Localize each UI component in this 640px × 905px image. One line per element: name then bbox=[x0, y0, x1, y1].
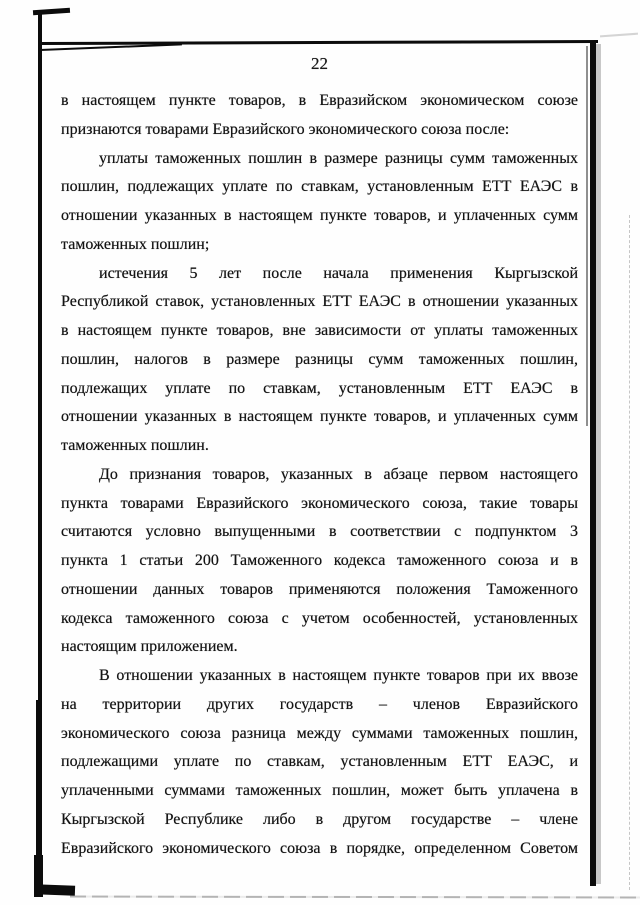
text-line: В отношении указанных в настоящем пункте… bbox=[61, 662, 578, 691]
text-line: уплаты таможенных пошлин в размере разни… bbox=[61, 145, 578, 174]
scan-frame-bottom-left-stub bbox=[35, 884, 75, 895]
text-line: экономического союза разница между сумма… bbox=[61, 720, 578, 749]
text-line: пошлин, налогов в размере разницы сумм т… bbox=[61, 346, 578, 375]
text-line: отношении данных товаров применяются пол… bbox=[61, 576, 578, 605]
text-line: истечения 5 лет после начала применения … bbox=[61, 260, 578, 289]
text-line: признаются товарами Евразийского экономи… bbox=[61, 116, 578, 145]
text-line: в настоящем пункте товаров, в Евразийско… bbox=[61, 87, 578, 116]
page-number: 22 bbox=[61, 54, 578, 74]
text-line: пункта 1 статьи 200 Таможенного кодекса … bbox=[61, 547, 578, 576]
text-line: пункта товарами Евразийского экономическ… bbox=[61, 490, 578, 519]
text-line: таможенных пошлин. bbox=[61, 432, 578, 461]
text-line: Кыргызской Республике либо в другом госу… bbox=[61, 806, 578, 835]
document-body: в настоящем пункте товаров, в Евразийско… bbox=[61, 87, 578, 863]
text-line: кодекса таможенного союза с учетом особе… bbox=[61, 605, 578, 634]
text-line: отношении указанных в настоящем пункте т… bbox=[61, 202, 578, 231]
text-line: отношении указанных в настоящем пункте т… bbox=[61, 403, 578, 432]
scan-frame-right-shadow bbox=[596, 44, 601, 884]
scan-frame-bottom-border bbox=[70, 896, 640, 899]
scan-frame-right-inner-line bbox=[586, 46, 588, 426]
text-line: подлежащими уплате по ставкам, установле… bbox=[61, 748, 578, 777]
text-line: настоящим приложением. bbox=[61, 633, 578, 662]
scan-frame-top-border bbox=[40, 40, 598, 45]
scan-artifact-top-right bbox=[600, 33, 638, 38]
text-line: в настоящем пункте товаров, вне зависимо… bbox=[61, 317, 578, 346]
text-line: подлежащих уплате по ставкам, установлен… bbox=[61, 375, 578, 404]
text-line: на территории других государств – членов… bbox=[61, 691, 578, 720]
text-line: Республикой ставок, установленных ЕТТ ЕА… bbox=[61, 288, 578, 317]
scanned-page: 22 в настоящем пункте товаров, в Евразий… bbox=[0, 0, 640, 905]
text-line: пошлин, подлежащих уплате по ставкам, ус… bbox=[61, 173, 578, 202]
scan-artifact-right-dashes bbox=[629, 215, 630, 890]
text-line: уплаченными суммами таможенных пошлин, м… bbox=[61, 777, 578, 806]
text-line: До признания товаров, указанных в абзаце… bbox=[61, 461, 578, 490]
text-line: таможенных пошлин; bbox=[61, 231, 578, 260]
text-line: считаются условно выпущенными в соответс… bbox=[61, 518, 578, 547]
text-line: Евразийского экономического союза в поря… bbox=[61, 835, 578, 864]
